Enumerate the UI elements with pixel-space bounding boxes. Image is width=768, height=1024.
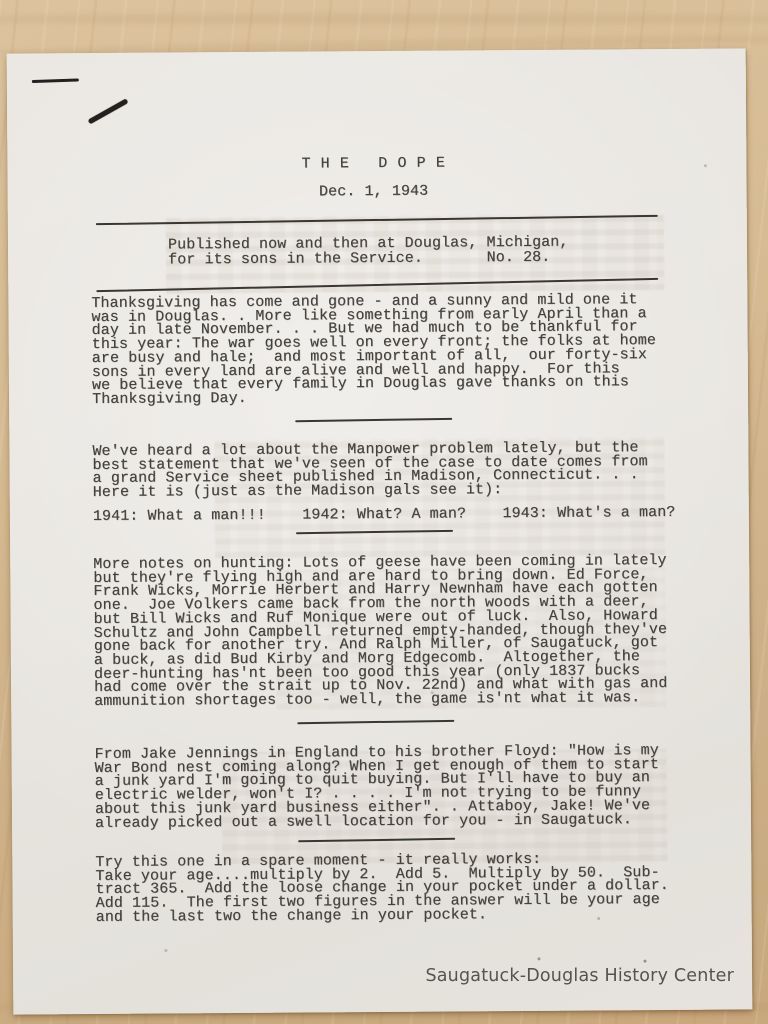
watermark-text: Saugatuck-Douglas History Center xyxy=(425,966,734,986)
paragraph-manpower: We've heard a lot about the Manpower pro… xyxy=(92,441,648,500)
photo-of-document: T H E D O P E Dec. 1, 1943 Published now… xyxy=(0,0,768,1024)
pen-mark-line xyxy=(32,78,79,82)
paragraph-jake-jennings: From Jake Jennings in England to his bro… xyxy=(95,744,660,830)
paragraph-hunting: More notes on hunting: Lots of geese hav… xyxy=(93,554,667,709)
masthead-rule-bottom xyxy=(96,278,658,292)
section-divider xyxy=(297,720,454,724)
section-divider xyxy=(296,530,453,534)
masthead-rule-top xyxy=(96,215,658,225)
newsletter-title: T H E D O P E xyxy=(90,155,656,173)
section-divider xyxy=(295,418,452,422)
dust-specks xyxy=(7,54,9,56)
section-divider xyxy=(298,838,455,842)
line-what-a-man: 1941: What a man!!! 1942: What? A man? 1… xyxy=(93,506,676,524)
newsletter-date: Dec. 1, 1943 xyxy=(91,183,657,201)
document-page: T H E D O P E Dec. 1, 1943 Published now… xyxy=(7,48,753,1014)
pen-mark-slash xyxy=(88,98,129,124)
wood-grain-streak xyxy=(0,14,768,24)
paragraph-age-trick: Try this one in a spare moment - it real… xyxy=(95,852,669,925)
masthead-text: Published now and then at Douglas, Michi… xyxy=(168,236,569,268)
paragraph-thanksgiving: Thanksgiving has come and gone - and a s… xyxy=(91,293,656,407)
